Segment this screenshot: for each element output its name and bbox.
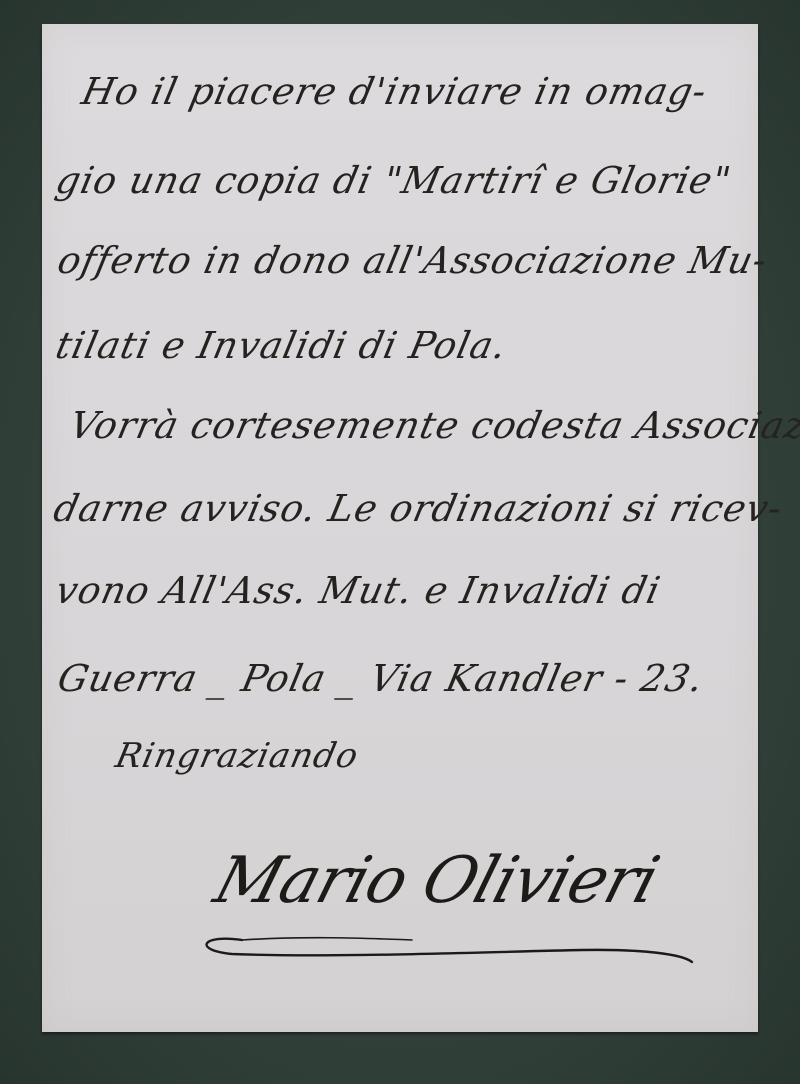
letter-closing: Ringraziando — [112, 736, 767, 776]
letter-line-6: darne avviso. Le ordinazioni si ricev- — [50, 487, 767, 530]
letter-line-7: vono All'Ass. Mut. e Invalidi di — [52, 569, 767, 612]
letter-paper: Ho il piacere d'inviare in omag- gio una… — [42, 24, 758, 1032]
letter-line-4: tilati e Invalidi di Pola. — [52, 324, 767, 367]
letter-line-8: Guerra _ Pola _ Via Kandler - 23. — [54, 657, 767, 700]
signature-flourish-icon — [182, 912, 702, 972]
letter-line-2: gio una copia di "Martirî e Glorie" — [52, 159, 767, 202]
signature: Mario Olivieri — [206, 844, 666, 918]
letter-line-3: offerto in dono all'Associazione Mu- — [54, 239, 767, 282]
letter-line-1: Ho il piacere d'inviare in omag- — [78, 70, 767, 113]
letter-line-5: Vorrà cortesemente codesta Associazione — [66, 404, 767, 447]
